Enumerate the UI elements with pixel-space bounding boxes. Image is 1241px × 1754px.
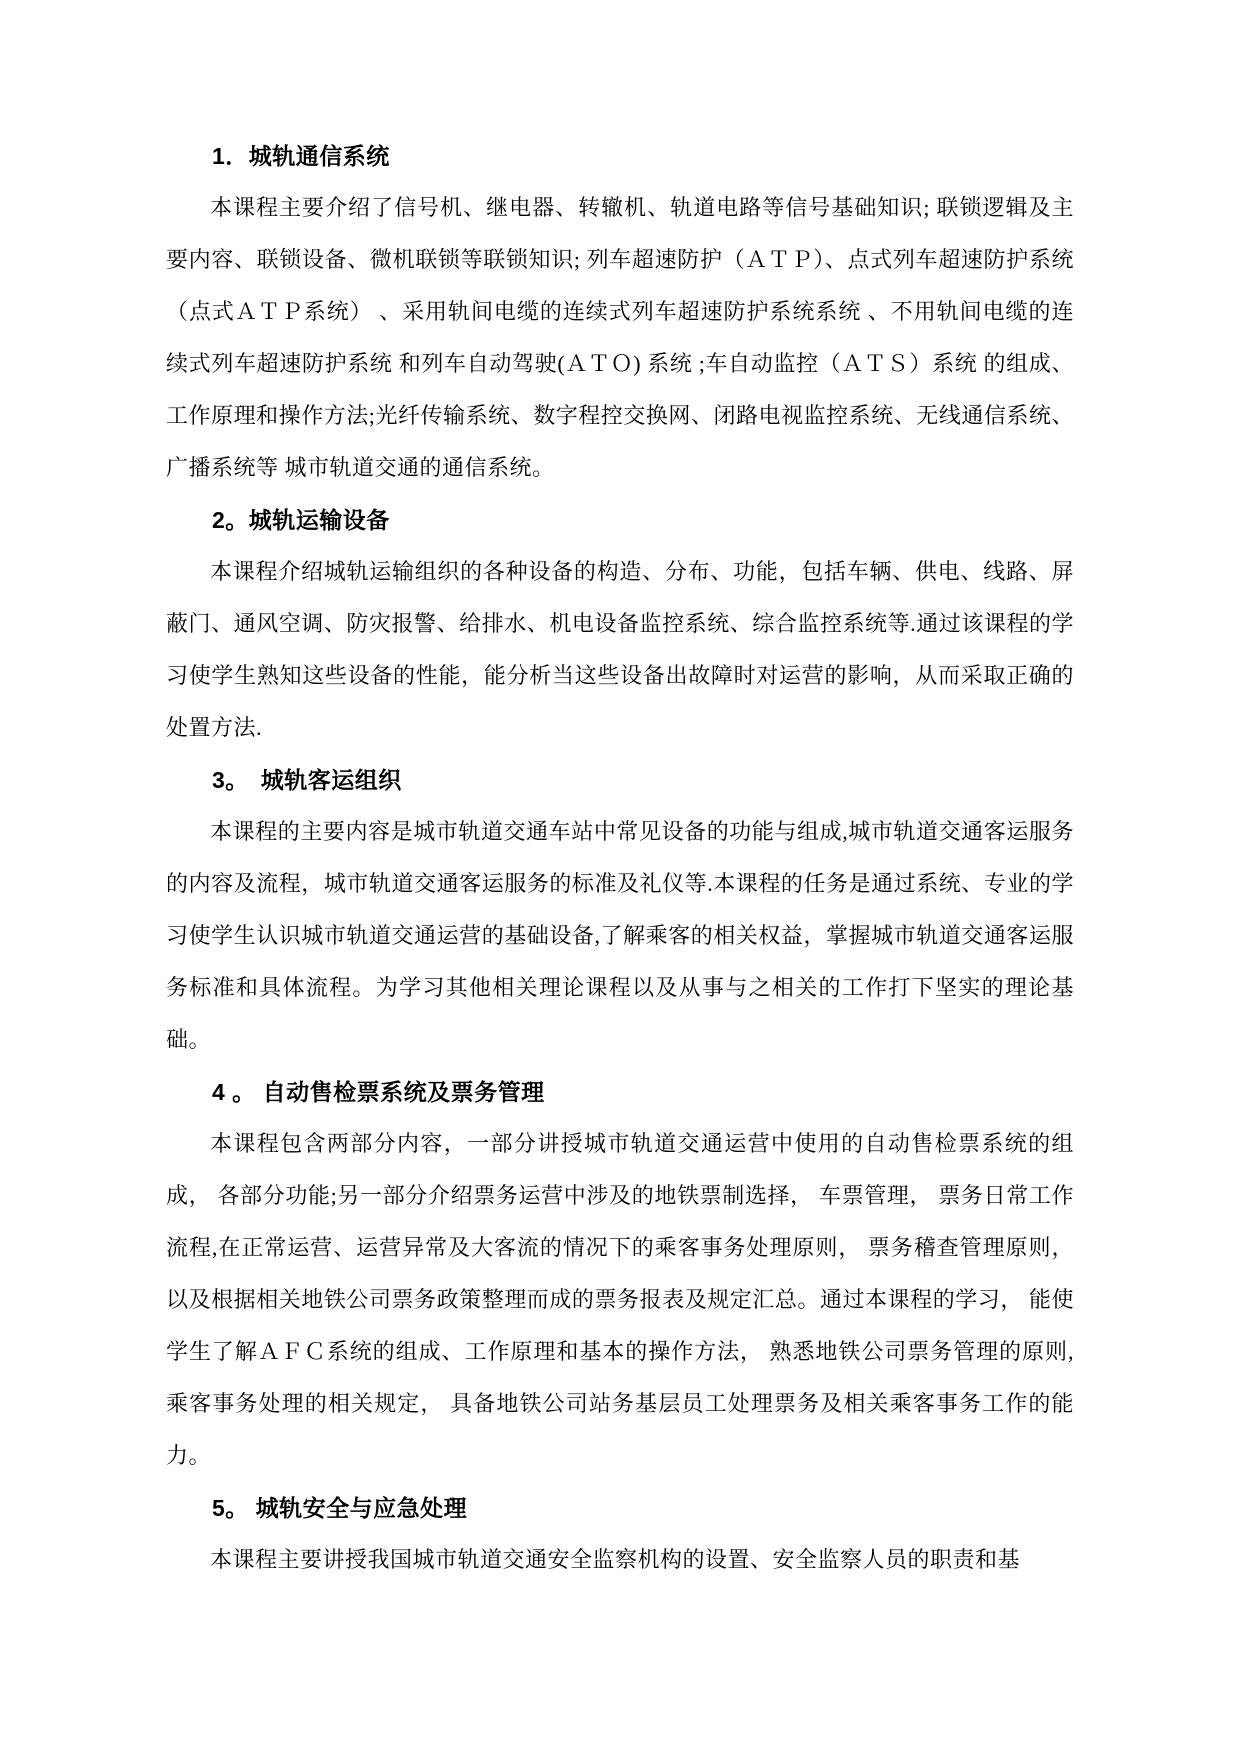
section-paragraph: 本课程主要介绍了信号机、继电器、转辙机、轨道电路等信号基础知识; 联锁逻辑及主要… xyxy=(166,182,1074,494)
section-heading: 4 。 自动售检票系统及票务管理 xyxy=(166,1066,1074,1118)
section-afc-ticketing: 4 。 自动售检票系统及票务管理 本课程包含两部分内容，一部分讲授城市轨道交通运… xyxy=(166,1066,1074,1482)
section-heading: 2。城轨运输设备 xyxy=(166,494,1074,546)
section-paragraph: 本课程包含两部分内容，一部分讲授城市轨道交通运营中使用的自动售检票系统的组成， … xyxy=(166,1118,1074,1482)
section-communication-system: 1．城轨通信系统 本课程主要介绍了信号机、继电器、转辙机、轨道电路等信号基础知识… xyxy=(166,130,1074,494)
section-heading: 5。 城轨安全与应急处理 xyxy=(166,1482,1074,1534)
section-paragraph: 本课程介绍城轨运输组织的各种设备的构造、分布、功能，包括车辆、供电、线路、屏蔽门… xyxy=(166,546,1074,754)
section-paragraph: 本课程的主要内容是城市轨道交通车站中常见设备的功能与组成,城市轨道交通客运服务的… xyxy=(166,806,1074,1066)
section-heading: 3。 城轨客运组织 xyxy=(166,754,1074,806)
document-page: 1．城轨通信系统 本课程主要介绍了信号机、继电器、转辙机、轨道电路等信号基础知识… xyxy=(0,0,1241,1754)
section-transport-equipment: 2。城轨运输设备 本课程介绍城轨运输组织的各种设备的构造、分布、功能，包括车辆、… xyxy=(166,494,1074,754)
section-heading: 1．城轨通信系统 xyxy=(166,130,1074,182)
section-safety-emergency: 5。 城轨安全与应急处理 本课程主要讲授我国城市轨道交通安全监察机构的设置、安全… xyxy=(166,1482,1074,1586)
section-paragraph: 本课程主要讲授我国城市轨道交通安全监察机构的设置、安全监察人员的职责和基 xyxy=(166,1534,1074,1586)
section-passenger-organization: 3。 城轨客运组织 本课程的主要内容是城市轨道交通车站中常见设备的功能与组成,城… xyxy=(166,754,1074,1066)
